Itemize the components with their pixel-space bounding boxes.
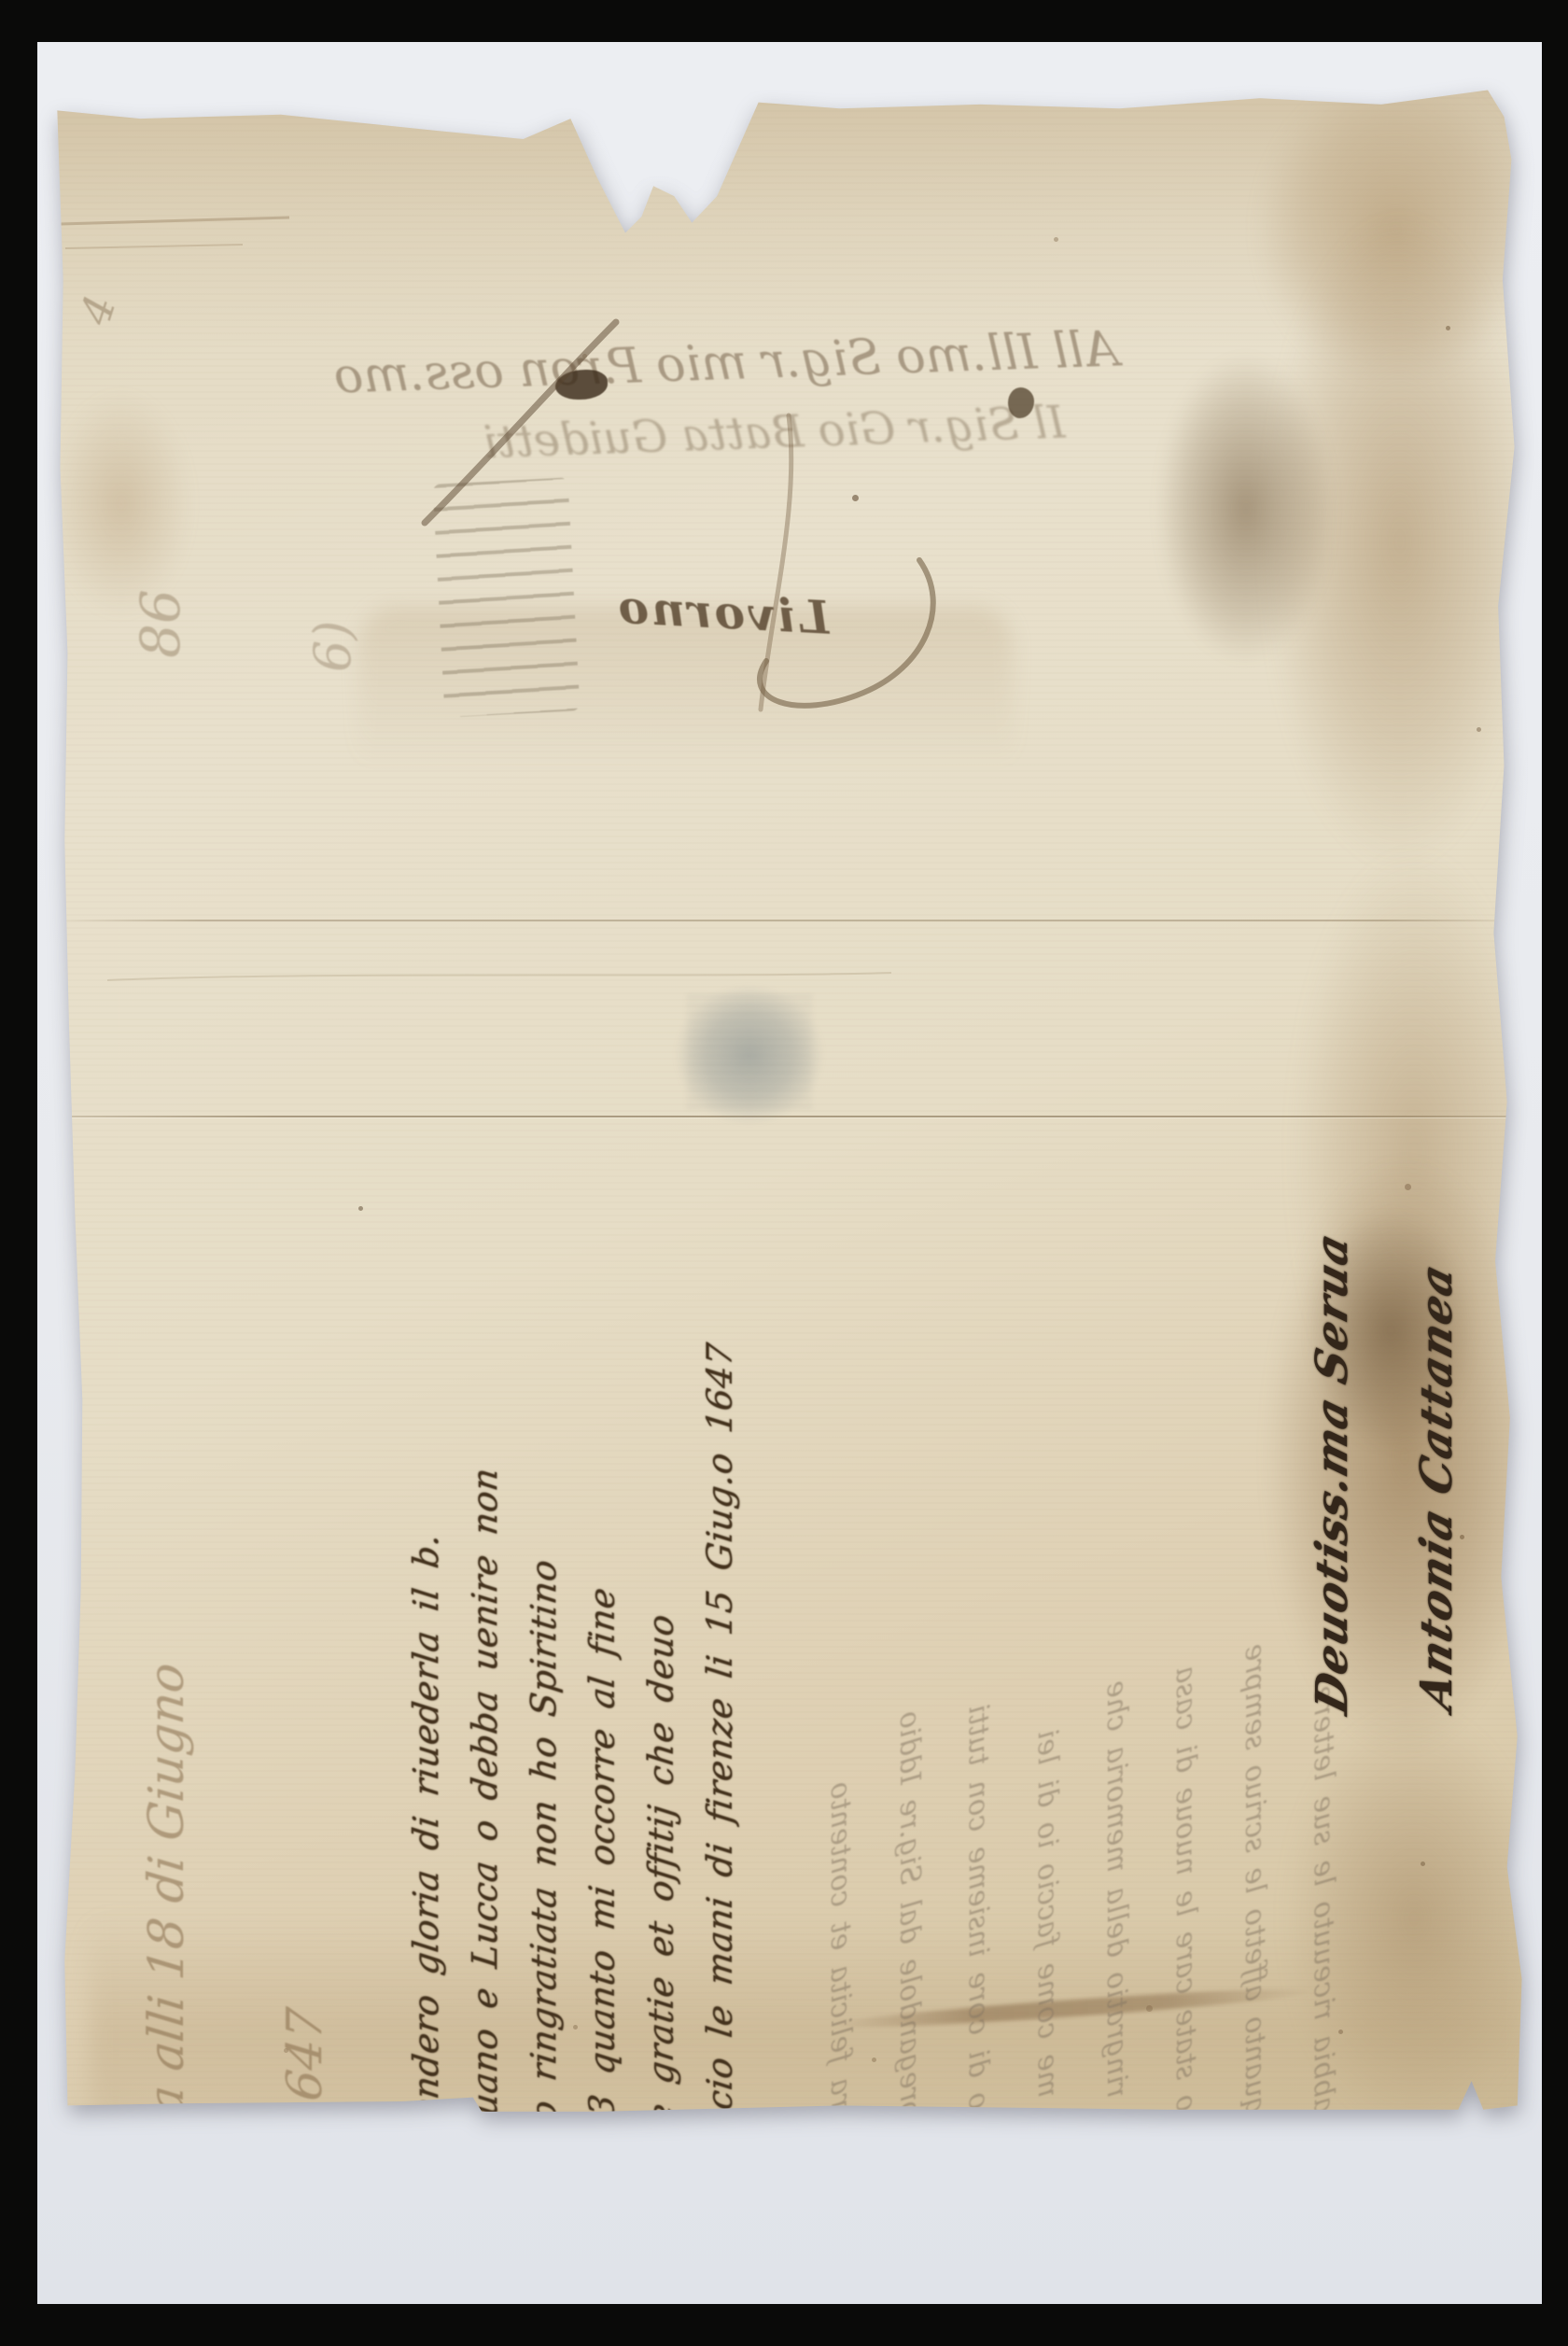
photograph-of-manuscript: All Ill.mo Sig.r mio P.ron oss.mo Il Sig… bbox=[0, 0, 1568, 2346]
edge-vignette bbox=[51, 84, 1531, 2124]
foxing-speckles bbox=[51, 84, 54, 87]
paper-shadow-wrap: All Ill.mo Sig.r mio P.ron oss.mo Il Sig… bbox=[37, 42, 1542, 2304]
parchment-sheet: All Ill.mo Sig.r mio P.ron oss.mo Il Sig… bbox=[51, 84, 1531, 2124]
studio-backdrop: All Ill.mo Sig.r mio P.ron oss.mo Il Sig… bbox=[37, 42, 1542, 2304]
